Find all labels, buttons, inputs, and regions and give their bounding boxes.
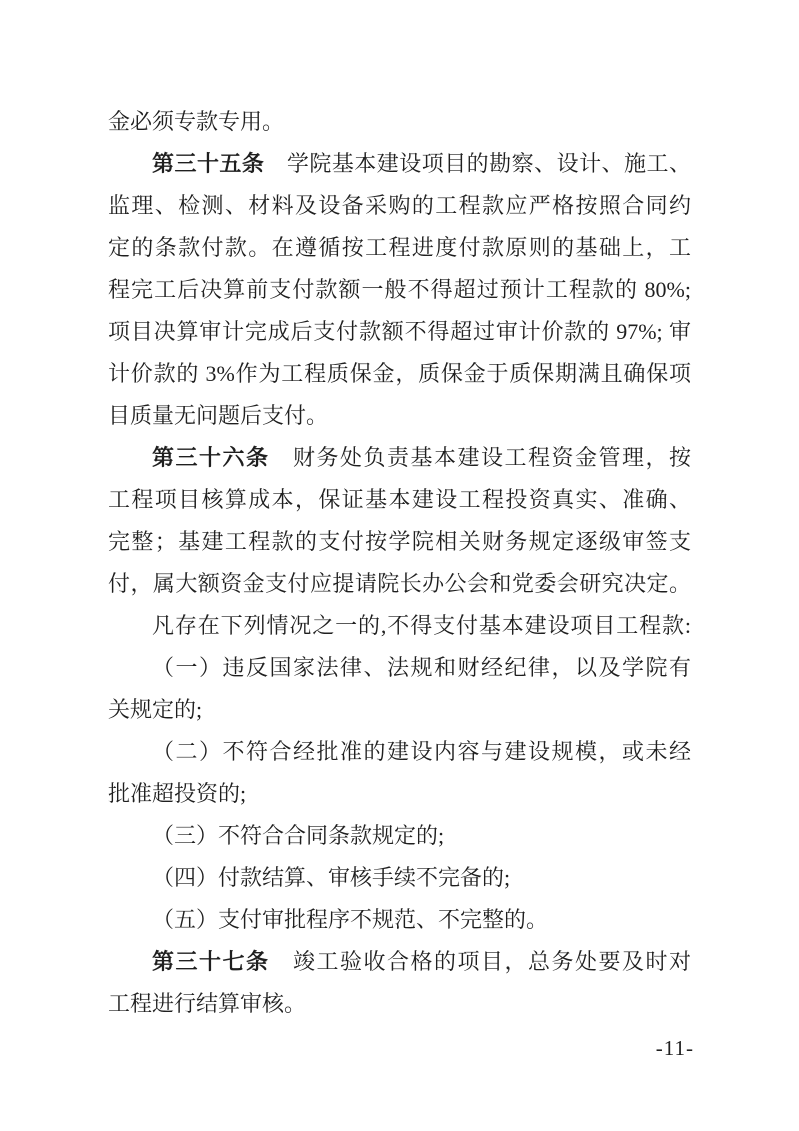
page-number: -11- xyxy=(656,1036,694,1061)
article-line: 第三十六条 财务处负责基本建设工程资金管理，按 xyxy=(108,437,691,479)
article-heading: 第三十七条 xyxy=(152,949,270,974)
document-page: 金必须专款专用。第三十五条 学院基本建设项目的勘察、设计、施工、监理、检测、材料… xyxy=(0,0,799,1131)
article-line: 第三十七条 竣工验收合格的项目，总务处要及时对 xyxy=(108,941,691,983)
document-body: 金必须专款专用。第三十五条 学院基本建设项目的勘察、设计、施工、监理、检测、材料… xyxy=(108,101,691,1025)
text-line: 完整；基建工程款的支付按学院相关财务规定逐级审签支 xyxy=(108,521,691,563)
text-line: 金必须专款专用。 xyxy=(108,101,691,143)
text-line: （五）支付审批程序不规范、不完整的。 xyxy=(108,899,691,941)
text-line: 程完工后决算前支付款额一般不得超过预计工程款的 80%; xyxy=(108,269,691,311)
text-line: 关规定的; xyxy=(108,689,691,731)
text-line: 项目决算审计完成后支付款额不得超过审计价款的 97%; 审 xyxy=(108,311,691,353)
article-heading: 第三十六条 xyxy=(152,445,270,470)
text-line: 凡存在下列情况之一的,不得支付基本建设项目工程款: xyxy=(108,605,691,647)
text-line: 付，属大额资金支付应提请院长办公会和党委会研究决定。 xyxy=(108,563,691,605)
text-line: 批准超投资的; xyxy=(108,773,691,815)
text-line: （四）付款结算、审核手续不完备的; xyxy=(108,857,691,899)
text-line: 监理、检测、材料及设备采购的工程款应严格按照合同约 xyxy=(108,185,691,227)
article-heading: 第三十五条 xyxy=(152,151,264,176)
text-line: 工程项目核算成本，保证基本建设工程投资真实、准确、 xyxy=(108,479,691,521)
text-line: （三）不符合合同条款规定的; xyxy=(108,815,691,857)
text-line: 定的条款付款。在遵循按工程进度付款原则的基础上，工 xyxy=(108,227,691,269)
article-line: 第三十五条 学院基本建设项目的勘察、设计、施工、 xyxy=(108,143,691,185)
text-line: （二）不符合经批准的建设内容与建设规模，或未经 xyxy=(108,731,691,773)
text-line: 目质量无问题后支付。 xyxy=(108,395,691,437)
text-line: 工程进行结算审核。 xyxy=(108,983,691,1025)
text-line: （一）违反国家法律、法规和财经纪律，以及学院有 xyxy=(108,647,691,689)
text-line: 计价款的 3%作为工程质保金，质保金于质保期满且确保项 xyxy=(108,353,691,395)
